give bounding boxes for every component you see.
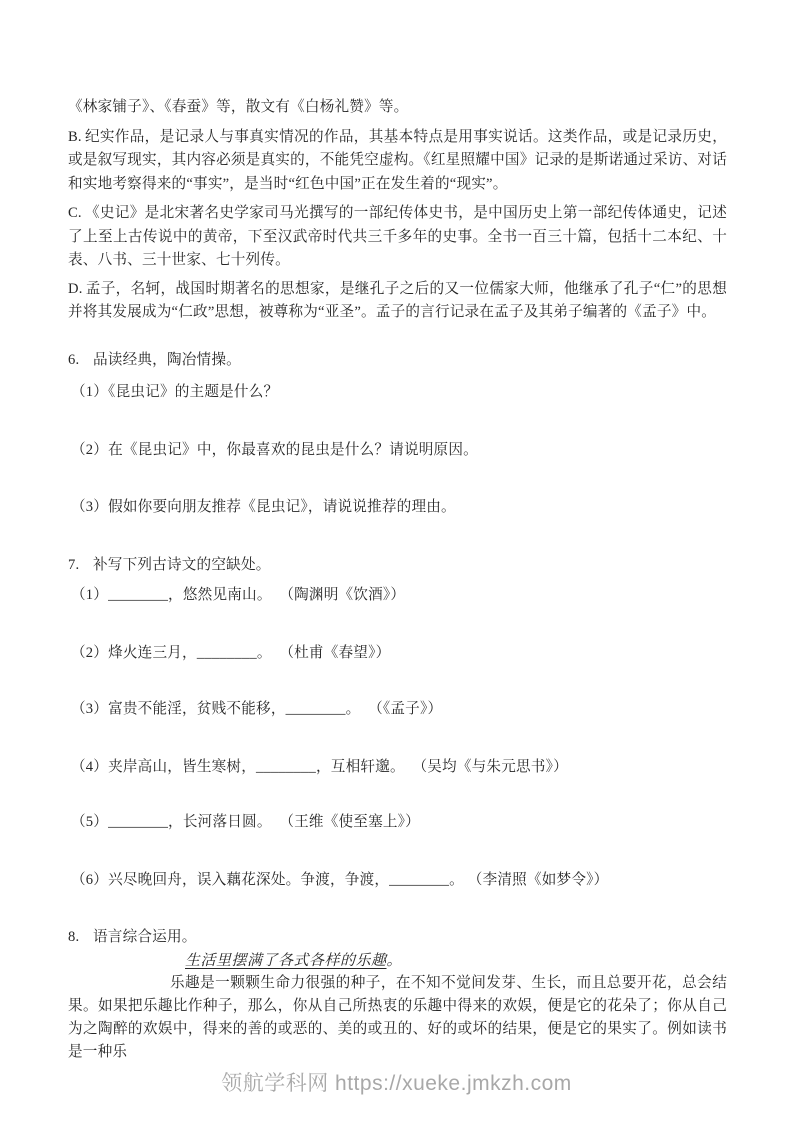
question-7-title: 补写下列古诗文的空缺处。	[93, 557, 271, 573]
question-7-item-5: （5）________，长河落日圆。 （王维《使至塞上》）	[68, 811, 727, 835]
option-d-label: D.	[68, 281, 83, 297]
question-6-header: 6.品读经典，陶冶情操。	[68, 349, 727, 373]
watermark: 领航学科网 https://xueke.jmkzh.com	[0, 1067, 793, 1097]
question-8-header: 8.语言综合运用。	[68, 926, 727, 950]
question-6-item-2: （2）在《昆虫记》中，你最喜欢的昆虫是什么？请说明原因。	[68, 439, 727, 463]
question-7-item-2: （2）烽火连三月，________。 （杜甫《春望》）	[68, 642, 727, 666]
question-8-number: 8.	[68, 926, 93, 950]
question-7-item-6: （6）兴尽晚回舟，误入藕花深处。争渡，争渡，________。 （李清照《如梦令…	[68, 869, 727, 893]
question-6-title: 品读经典，陶冶情操。	[93, 352, 241, 368]
option-b-paragraph: B.纪实作品，是记录人与事真实情况的作品，其基本特点是用事实说话。这类作品，或是…	[68, 126, 727, 197]
option-b-text: 纪实作品，是记录人与事真实情况的作品，其基本特点是用事实说话。这类作品，或是记录…	[68, 129, 727, 192]
option-c-paragraph: C.《史记》是北宋著名史学家司马光撰写的一部纪传体史书，是中国历史上第一部纪传体…	[68, 202, 727, 273]
passage-text: 乐趣是一颗颗生命力很强的种子，在不知不觉间发芽、生长，而且总要开花，总会结果。如…	[68, 972, 727, 1064]
question-6-number: 6.	[68, 349, 93, 373]
intro-line: 《林家铺子》、《春蚕》等，散文有《白杨礼赞》等。	[68, 96, 727, 120]
question-8-title: 语言综合运用。	[93, 929, 197, 945]
question-7-item-4: （4）夹岸高山，皆生寒树，________，互相轩邈。 （吴均《与朱元思书》）	[68, 756, 727, 780]
option-d-paragraph: D.孟子，名轲，战国时期著名的思想家，是继孔子之后的又一位儒家大师，他继承了孔子…	[68, 278, 727, 325]
passage-title-period: 。	[387, 953, 403, 969]
passage-title: 生活里摆满了各式各样的乐趣。	[185, 950, 727, 972]
exam-page: 《林家铺子》、《春蚕》等，散文有《白杨礼赞》等。 B.纪实作品，是记录人与事真实…	[0, 0, 793, 1122]
question-7-item-3: （3）富贵不能淫，贫贱不能移，________。 （《孟子》）	[68, 698, 727, 722]
question-7-item-1: （1）________，悠然见南山。 （陶渊明《饮酒》）	[68, 584, 727, 608]
option-d-text: 孟子，名轲，战国时期著名的思想家，是继孔子之后的又一位儒家大师，他继承了孔子“仁…	[68, 281, 727, 321]
exam-content: 《林家铺子》、《春蚕》等，散文有《白杨礼赞》等。 B.纪实作品，是记录人与事真实…	[68, 0, 727, 1064]
option-c-label: C.	[68, 205, 82, 221]
passage-title-underlined: 生活里摆满了各式各样的乐趣	[185, 953, 387, 969]
question-7-number: 7.	[68, 554, 93, 578]
option-b-label: B.	[68, 129, 82, 145]
question-6-item-3: （3）假如你要向朋友推荐《昆虫记》，请说说推荐的理由。	[68, 496, 727, 520]
question-7-header: 7.补写下列古诗文的空缺处。	[68, 554, 727, 578]
question-6-item-1: （1）《昆虫记》的主题是什么？	[68, 381, 727, 405]
option-c-text: 《史记》是北宋著名史学家司马光撰写的一部纪传体史书，是中国历史上第一部纪传体通史…	[68, 205, 727, 268]
